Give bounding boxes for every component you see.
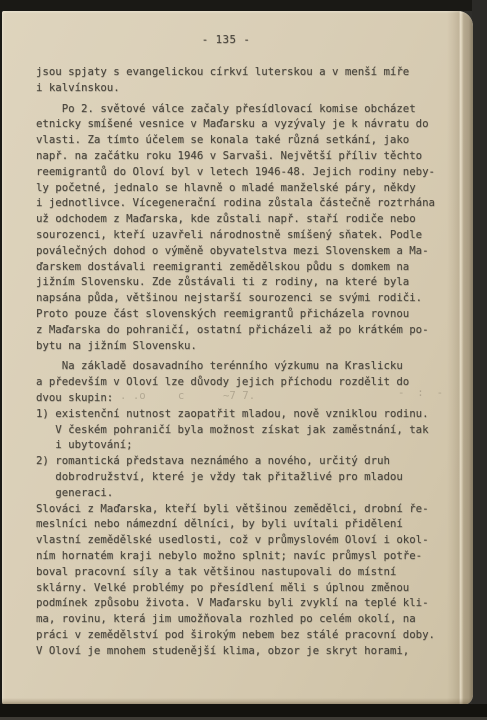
text-line: dobrodružství, které je vždy tak přitažl… bbox=[36, 469, 435, 485]
paragraph-church: jsou spjaty s evangelickou církví luters… bbox=[36, 64, 435, 96]
text-line: ma, rovinu, která jim umožňovala rozhled… bbox=[36, 611, 435, 627]
text-line: i kalvínskou. bbox=[36, 80, 435, 96]
scanned-book-page-photo: - 135 - jsou spjaty s evangelickou církv… bbox=[0, 0, 487, 720]
text-line: Slováci z Maďarska, kteří byli většinou … bbox=[36, 501, 435, 517]
text-line: 2) romantická představa neznámého a nové… bbox=[36, 453, 435, 469]
text-line: a především v Oloví lze důvody jejich př… bbox=[36, 374, 435, 390]
text-line: poválečných dohod o výměně obyvatelstva … bbox=[36, 243, 435, 259]
text-line: boval pracovní síly a tak většinou nastu… bbox=[36, 564, 435, 580]
text-line: vlasti. Za tímto účelem se konala také r… bbox=[36, 132, 435, 148]
book-page: - 135 - jsou spjaty s evangelickou církv… bbox=[2, 11, 473, 705]
text-line: jižním Slovensku. Zde zůstávali ti z rod… bbox=[36, 274, 435, 290]
text-line: jsou spjaty s evangelickou církví luters… bbox=[36, 64, 435, 80]
text-line: podmínek způsobu života. V Maďarsku byli… bbox=[36, 595, 435, 611]
text-line: Na základě dosavadního terénního výzkumu… bbox=[36, 358, 435, 374]
scan-background-top bbox=[0, 0, 487, 11]
text-line: vlastní zemědělské usedlosti, což v prům… bbox=[36, 532, 435, 548]
page-edge bbox=[447, 11, 473, 705]
faint-typewriter-marks-left: . .o c ~7 7. bbox=[120, 389, 255, 402]
text-line: ním hornatém kraji nebylo možno splnit; … bbox=[36, 548, 435, 564]
text-line: např. na začátku roku 1946 v Sarvaši. Ne… bbox=[36, 148, 435, 164]
text-line: i jednotlivce. Vícegenerační rodina zůst… bbox=[36, 195, 435, 211]
text-line: už odchodem z Maďarska, kde zůstali např… bbox=[36, 211, 435, 227]
text-line: etnicky smíšené vesnice v Maďarsku a vyz… bbox=[36, 116, 435, 132]
text-line: ly početné, jednalo se hlavně o mladé ma… bbox=[36, 180, 435, 196]
scan-background-bottom bbox=[0, 704, 487, 717]
text-line: ďarskem dostávali reemigranti zemědělsko… bbox=[36, 259, 435, 275]
text-line: V Oloví je mnohem studenější klima, obzo… bbox=[36, 643, 435, 659]
text-line: Po 2. světové válce začaly přesídlovací … bbox=[36, 101, 435, 117]
faint-typewriter-marks-right: - : - bbox=[398, 386, 443, 399]
page-text: jsou spjaty s evangelickou církví luters… bbox=[36, 64, 435, 658]
paragraph-resettlement: Po 2. světové válce začaly přesídlovací … bbox=[36, 101, 435, 354]
text-line: z Maďarska do pohraničí, ostatní přicház… bbox=[36, 322, 435, 338]
paragraph-reasons-and-problems: Na základě dosavadního terénního výzkumu… bbox=[36, 358, 435, 658]
text-line: Proto pouze část slovenských reemigrantů… bbox=[36, 306, 435, 322]
text-line: sourozenci, kteří uzavřeli národnostně s… bbox=[36, 227, 435, 243]
text-line: napsána půda, většinou nejstarší souroze… bbox=[36, 290, 435, 306]
text-line: bytu na jižním Slovensku. bbox=[36, 338, 435, 354]
scan-background-right bbox=[472, 0, 487, 720]
text-line: sklárny. Velké problémy po přesídlení mě… bbox=[36, 580, 435, 596]
page-number: - 135 - bbox=[2, 33, 450, 46]
text-line: reemigrantů do Oloví byl v letech 1946-4… bbox=[36, 164, 435, 180]
text-line: meslníci nebo námezdní dělníci, by byli … bbox=[36, 516, 435, 532]
text-line: V českém pohraničí byla možnost získat j… bbox=[36, 422, 435, 438]
text-line: práci v zemědělství pod širokým nebem be… bbox=[36, 627, 435, 643]
text-line: i ubytování; bbox=[36, 437, 435, 453]
text-line: 1) existenční nutnost zaopatřit mladou, … bbox=[36, 406, 435, 422]
text-line: generaci. bbox=[36, 485, 435, 501]
